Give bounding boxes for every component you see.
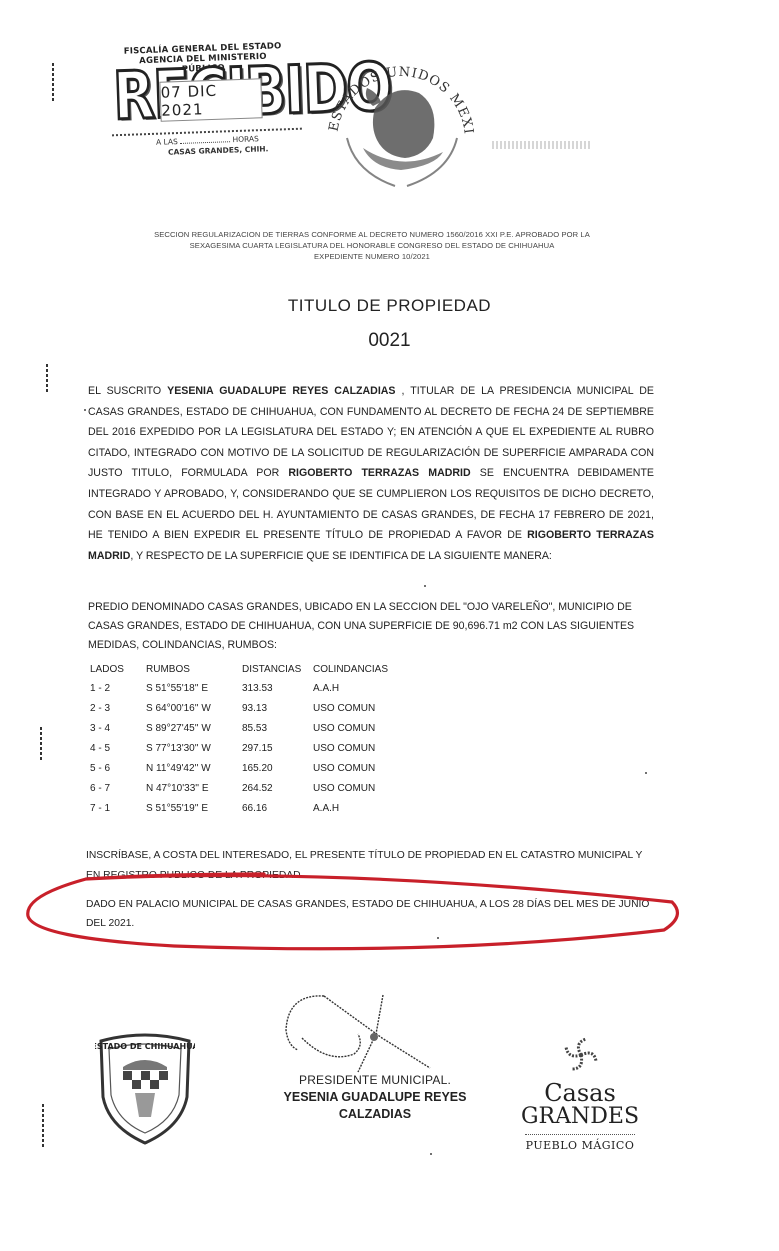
column-header-colindancias: COLINDANCIAS — [313, 660, 423, 678]
cell-bearing: N 11°49'42'' W — [146, 758, 242, 778]
file-number: EXPEDIENTE NUMERO 10/2021 — [112, 251, 632, 262]
table-row: 1 - 2S 51°55'18'' E313.53A.A.H — [86, 678, 423, 698]
cell-side: 3 - 4 — [86, 718, 146, 738]
cell-bearing: S 89°27'45'' W — [146, 718, 242, 738]
section-header-line1: SECCION REGULARIZACION DE TIERRAS CONFOR… — [112, 229, 632, 240]
body-text: EL SUSCRITO — [88, 385, 167, 397]
document-title: TITULO DE PROPIEDAD — [0, 296, 779, 316]
faded-scan-text — [492, 141, 592, 149]
cell-distance: 93.13 — [242, 698, 313, 718]
section-header-line2: SEXAGESIMA CUARTA LEGISLATURA DEL HONORA… — [112, 240, 632, 251]
cell-adjoining: A.A.H — [313, 678, 423, 698]
cell-adjoining: USO COMUN — [313, 738, 423, 758]
property-description: PREDIO DENOMINADO CASAS GRANDES, UBICADO… — [88, 598, 656, 655]
signer-name-line2: CALZADIAS — [260, 1106, 490, 1123]
signer-name-line1: YESENIA GUADALUPE REYES — [260, 1089, 490, 1106]
cell-adjoining: USO COMUN — [313, 718, 423, 738]
national-coat-of-arms-icon: ESTADOS UNIDOS MEXICANOS — [315, 48, 485, 198]
shield-seal-text: ESTADO DE CHIHUAHUA — [95, 1042, 195, 1051]
stamp-hours-suffix: HORAS — [232, 134, 259, 144]
body-paragraph: EL SUSCRITO YESENIA GUADALUPE REYES CALZ… — [88, 381, 654, 566]
spiral-emblem-icon — [560, 1035, 602, 1075]
column-header-lados: LADOS — [86, 660, 146, 678]
scan-speck — [424, 585, 426, 587]
scan-speck — [645, 772, 647, 774]
signer-full-name: YESENIA GUADALUPE REYES CALZADIAS — [260, 1089, 490, 1123]
cell-bearing: N 47°10'33'' E — [146, 778, 242, 798]
cell-distance: 297.15 — [242, 738, 313, 758]
municipal-shield-seal-icon: ESTADO DE CHIHUAHUA — [95, 1027, 195, 1147]
cell-distance: 264.52 — [242, 778, 313, 798]
table-row: 6 - 7N 47°10'33'' E264.52USO COMUN — [86, 778, 423, 798]
column-header-rumbos: RUMBOS — [146, 660, 242, 678]
logo-divider — [525, 1134, 635, 1135]
stamp-hours-blank — [180, 141, 230, 144]
body-text: , Y RESPECTO DE LA SUPERFICIE QUE SE IDE… — [130, 550, 552, 562]
scan-margin-mark — [52, 63, 54, 103]
logo-text-casas: Casas — [515, 1081, 645, 1105]
logo-text-grandes: GRANDES — [515, 1105, 645, 1129]
title-number: 0021 — [0, 330, 779, 352]
table-row: 2 - 3S 64°00'16'' W93.13USO COMUN — [86, 698, 423, 718]
cell-adjoining: USO COMUN — [313, 778, 423, 798]
table-row: 5 - 6N 11°49'42'' W165.20USO COMUN — [86, 758, 423, 778]
cell-distance: 85.53 — [242, 718, 313, 738]
cell-bearing: S 77°13'30'' W — [146, 738, 242, 758]
cell-side: 2 - 3 — [86, 698, 146, 718]
table-row: 3 - 4S 89°27'45'' W85.53USO COMUN — [86, 718, 423, 738]
cell-distance: 66.16 — [242, 798, 313, 818]
logo-text-pueblo-magico: PUEBLO MÁGICO — [515, 1139, 645, 1152]
cell-adjoining: USO COMUN — [313, 698, 423, 718]
column-header-distancias: DISTANCIAS — [242, 660, 313, 678]
signer-name: YESENIA GUADALUPE REYES CALZADIAS — [167, 385, 395, 397]
boundaries-table: LADOS RUMBOS DISTANCIAS COLINDANCIAS 1 -… — [86, 660, 423, 818]
stamp-hours-prefix: A LAS — [156, 137, 178, 147]
table-row: 7 - 1S 51°55'19'' E66.16A.A.H — [86, 798, 423, 818]
cell-bearing: S 51°55'18'' E — [146, 678, 242, 698]
scan-speck — [430, 1153, 432, 1155]
stamp-date: 07 DIC 2021 — [159, 78, 262, 122]
stamp-city: CASAS GRANDES, CHIH. — [168, 144, 269, 157]
handwritten-signature — [258, 990, 438, 1080]
cell-adjoining: A.A.H — [313, 798, 423, 818]
table-row: 4 - 5S 77°13'30'' W297.15USO COMUN — [86, 738, 423, 758]
cell-side: 4 - 5 — [86, 738, 146, 758]
applicant-name: RIGOBERTO TERRAZAS MADRID — [288, 467, 470, 479]
cell-adjoining: USO COMUN — [313, 758, 423, 778]
cell-side: 6 - 7 — [86, 778, 146, 798]
scan-margin-mark — [46, 364, 48, 394]
cell-distance: 313.53 — [242, 678, 313, 698]
scan-margin-mark — [42, 1104, 44, 1149]
cell-bearing: S 51°55'19'' E — [146, 798, 242, 818]
cell-distance: 165.20 — [242, 758, 313, 778]
casas-grandes-pueblo-magico-logo: Casas GRANDES PUEBLO MÁGICO — [515, 1035, 645, 1170]
body-text: , TITULAR DE LA PRESIDENCIA MUNICIPAL DE… — [88, 385, 654, 479]
table-header-row: LADOS RUMBOS DISTANCIAS COLINDANCIAS — [86, 660, 423, 678]
signer-role: PRESIDENTE MUNICIPAL. — [260, 1073, 490, 1087]
red-ellipse-annotation — [24, 872, 680, 952]
scan-speck — [84, 409, 86, 411]
section-header: SECCION REGULARIZACION DE TIERRAS CONFOR… — [112, 229, 632, 262]
cell-bearing: S 64°00'16'' W — [146, 698, 242, 718]
cell-side: 1 - 2 — [86, 678, 146, 698]
scan-margin-mark — [40, 727, 42, 761]
cell-side: 7 - 1 — [86, 798, 146, 818]
cell-side: 5 - 6 — [86, 758, 146, 778]
